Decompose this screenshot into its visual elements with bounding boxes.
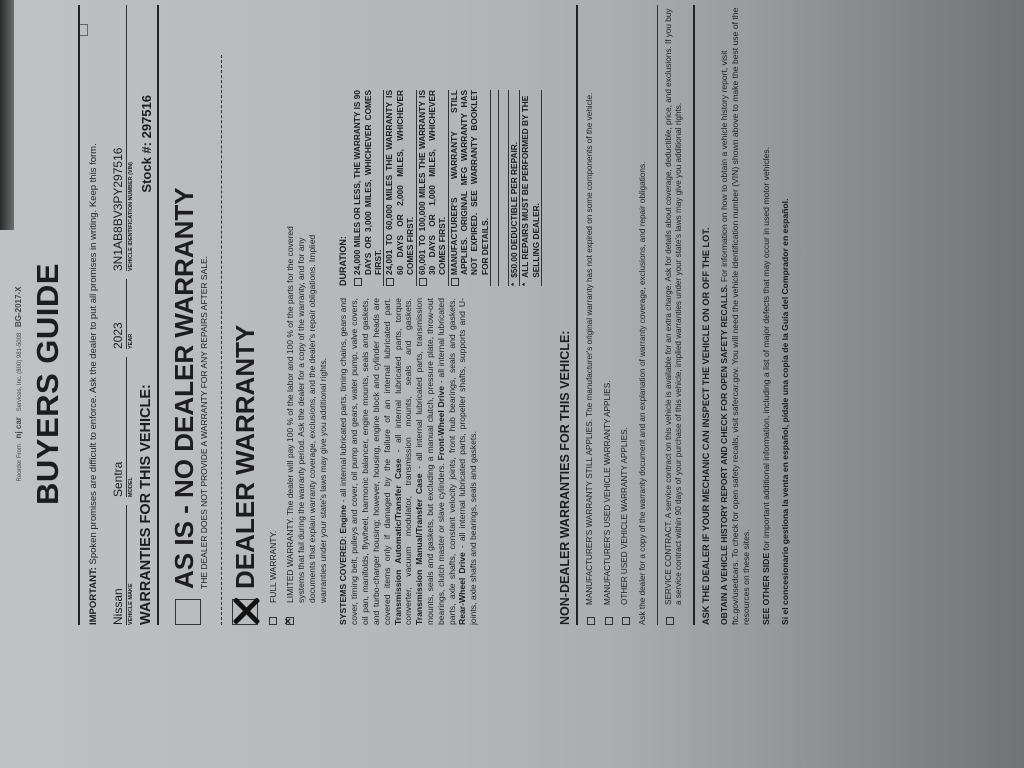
non-dealer-option: MANUFACTURER'S USED VEHICLE WARRANTY APP… bbox=[603, 5, 614, 625]
coverage-columns: SYSTEMS COVERED: Engine - all internal l… bbox=[338, 5, 542, 625]
other-side-paragraph: SEE OTHER SIDE for important additional … bbox=[761, 5, 772, 625]
systems-covered-label: SYSTEMS COVERED: bbox=[338, 536, 348, 625]
supplier-info: Services, Inc. (800) 981-5008 bbox=[17, 333, 23, 412]
duration-section: DURATION: 24,000 MILES OR LESS, THE WARR… bbox=[338, 90, 542, 290]
stock-number: Stock #: 297516 bbox=[139, 95, 154, 193]
duration-note-text: ALL REPAIRS MUST BE PERFORMED BY THE SEL… bbox=[520, 90, 541, 278]
duration-checkbox[interactable] bbox=[386, 278, 394, 286]
duration-notes: *$50.00 DEDUCTIBLE PER REPAIR.*ALL REPAI… bbox=[509, 90, 542, 286]
dealer-warranty-checkbox[interactable] bbox=[232, 599, 258, 625]
non-dealer-options: MANUFACTURER'S WARRANTY STILL APPLIES. T… bbox=[585, 5, 631, 625]
history-report-heading: OBTAIN A VEHICLE HISTORY REPORT AND CHEC… bbox=[719, 285, 729, 625]
important-text: Spoken promises are difficult to enforce… bbox=[88, 143, 99, 564]
spanish-notice: Si el concesionario gestiona la venta en… bbox=[780, 5, 791, 625]
full-warranty-option: FULL WARRANTY. bbox=[268, 5, 279, 625]
full-warranty-label: FULL WARRANTY. bbox=[268, 531, 279, 603]
important-notice: IMPORTANT: Spoken promises are difficult… bbox=[80, 5, 105, 625]
warranties-header: WARRANTIES FOR THIS VEHICLE: Stock #: 29… bbox=[138, 5, 159, 625]
non-dealer-option-text: MANUFACTURER'S USED VEHICLE WARRANTY APP… bbox=[603, 381, 614, 606]
duration-note: *ALL REPAIRS MUST BE PERFORMED BY THE SE… bbox=[520, 90, 542, 286]
systems-segment: Rear-Wheel Drive bbox=[457, 552, 467, 625]
reorder-line: Reorder From nj car Services, Inc. (800)… bbox=[14, 0, 23, 768]
as-is-section: AS IS - NO DEALER WARRANTY THE DEALER DO… bbox=[171, 5, 209, 625]
important-label: IMPORTANT: bbox=[88, 567, 99, 625]
duration-checkbox[interactable] bbox=[354, 278, 362, 286]
asterisk-icon: * bbox=[509, 283, 519, 286]
vehicle-info: Nissan VEHICLE MAKE Sentra MODEL 2023 YE… bbox=[111, 5, 134, 625]
duration-checkbox[interactable] bbox=[451, 278, 459, 286]
ask-mechanic-text: ASK THE DEALER IF YOUR MECHANIC CAN INSP… bbox=[693, 5, 711, 625]
duration-options: 24,000 MILES OR LESS, THE WARRANTY IS 90… bbox=[352, 90, 491, 286]
warranties-title: WARRANTIES FOR THIS VEHICLE: bbox=[138, 384, 154, 625]
systems-segment: Front-Wheel Drive bbox=[436, 386, 446, 460]
full-warranty-checkbox[interactable] bbox=[269, 617, 277, 625]
form-content: IMPORTANT: Spoken promises are difficult… bbox=[78, 5, 791, 625]
systems-segment: Transmission Manual/Transfer Case bbox=[414, 474, 424, 625]
systems-segment: Engine bbox=[338, 505, 348, 534]
duration-option: MANUFACTURER'S WARRANTY STILL APPLIES. O… bbox=[449, 90, 491, 286]
non-dealer-option-text: MANUFACTURER'S WARRANTY STILL APPLIES. T… bbox=[585, 93, 596, 605]
systems-covered-text: Engine - all internal lubricated parts, … bbox=[338, 298, 478, 625]
service-contract-text: SERVICE CONTRACT. A service contract on … bbox=[664, 5, 685, 605]
limited-warranty-checkbox[interactable] bbox=[286, 617, 294, 625]
page-title: BUYERS GUIDE bbox=[30, 0, 66, 768]
as-is-subtitle: THE DEALER DOES NOT PROVIDE A WARRANTY F… bbox=[199, 187, 209, 589]
duration-text: 60,001 TO 100,000 MILES THE WARRANTY IS … bbox=[417, 90, 448, 275]
non-dealer-option: MANUFACTURER'S WARRANTY STILL APPLIES. T… bbox=[585, 5, 596, 625]
vin-field: 3N1AB8BV3PY297516 bbox=[111, 5, 127, 271]
reorder-label: Reorder From bbox=[17, 444, 23, 481]
duration-text: MANUFACTURER'S WARRANTY STILL APPLIES. O… bbox=[449, 90, 490, 275]
asterisk-icon: * bbox=[520, 283, 541, 286]
duration-checkbox[interactable] bbox=[419, 278, 427, 286]
duration-note: *$50.00 DEDUCTIBLE PER REPAIR. bbox=[509, 90, 520, 286]
non-dealer-title: NON-DEALER WARRANTIES FOR THIS VEHICLE: bbox=[558, 5, 578, 625]
vehicle-model-label: MODEL bbox=[128, 357, 134, 497]
as-is-title: AS IS - NO DEALER WARRANTY bbox=[171, 187, 197, 589]
duration-note-text: $50.00 DEDUCTIBLE PER REPAIR. bbox=[509, 142, 519, 278]
vehicle-year-field: 2023 bbox=[111, 279, 127, 349]
non-dealer-checkbox[interactable] bbox=[605, 617, 613, 625]
service-contract-checkbox[interactable] bbox=[666, 617, 674, 625]
non-dealer-checkbox[interactable] bbox=[622, 617, 630, 625]
duration-text: 24,000 MILES OR LESS, THE WARRANTY IS 90… bbox=[352, 90, 383, 275]
non-dealer-option-text: OTHER USED VEHICLE WARRANTY APPLIES. bbox=[620, 427, 631, 605]
vehicle-model-field: Sentra bbox=[111, 357, 127, 497]
limited-warranty-option: LIMITED WARRANTY. The dealer will pay 10… bbox=[285, 5, 329, 625]
ask-copy-text: Ask the dealer for a copy of the warrant… bbox=[638, 5, 649, 625]
duration-option: 24,001 TO 60,000 MILES THE WARRANTY IS 6… bbox=[384, 90, 416, 286]
duration-label: DURATION: bbox=[338, 90, 348, 286]
as-is-checkbox[interactable] bbox=[175, 599, 201, 625]
systems-segment: Transmission Automatic/Transfer Case bbox=[393, 458, 403, 625]
vehicle-make-field: Nissan bbox=[111, 505, 127, 625]
non-dealer-checkbox[interactable] bbox=[587, 617, 595, 625]
duration-option: 24,000 MILES OR LESS, THE WARRANTY IS 90… bbox=[352, 90, 384, 286]
service-contract-option: SERVICE CONTRACT. A service contract on … bbox=[657, 5, 685, 625]
buyers-guide-document: Reorder From nj car Services, Inc. (800)… bbox=[0, 0, 1024, 768]
vehicle-make-label: VEHICLE MAKE bbox=[128, 505, 134, 625]
other-side-heading: SEE OTHER SIDE bbox=[761, 553, 771, 625]
dealer-warranty-section: DEALER WARRANTY bbox=[228, 5, 258, 625]
systems-covered: SYSTEMS COVERED: Engine - all internal l… bbox=[338, 290, 542, 625]
history-report-paragraph: OBTAIN A VEHICLE HISTORY REPORT AND CHEC… bbox=[719, 5, 753, 625]
form-number: BG-2017-X bbox=[14, 287, 23, 327]
other-side-text: for important additional information, in… bbox=[761, 147, 771, 553]
vin-label: VEHICLE IDENTIFICATION NUMBER (VIN) bbox=[128, 5, 134, 271]
dashed-divider bbox=[221, 55, 222, 625]
duration-text: 24,001 TO 60,000 MILES THE WARRANTY IS 6… bbox=[384, 90, 415, 275]
duration-option: 60,001 TO 100,000 MILES THE WARRANTY IS … bbox=[417, 90, 449, 286]
limited-warranty-text: LIMITED WARRANTY. The dealer will pay 10… bbox=[285, 203, 329, 603]
non-dealer-option: OTHER USED VEHICLE WARRANTY APPLIES. bbox=[620, 5, 631, 625]
dealer-warranty-title: DEALER WARRANTY bbox=[232, 325, 258, 589]
vehicle-year-label: YEAR bbox=[128, 279, 134, 349]
brand-logo: nj car bbox=[14, 417, 23, 438]
